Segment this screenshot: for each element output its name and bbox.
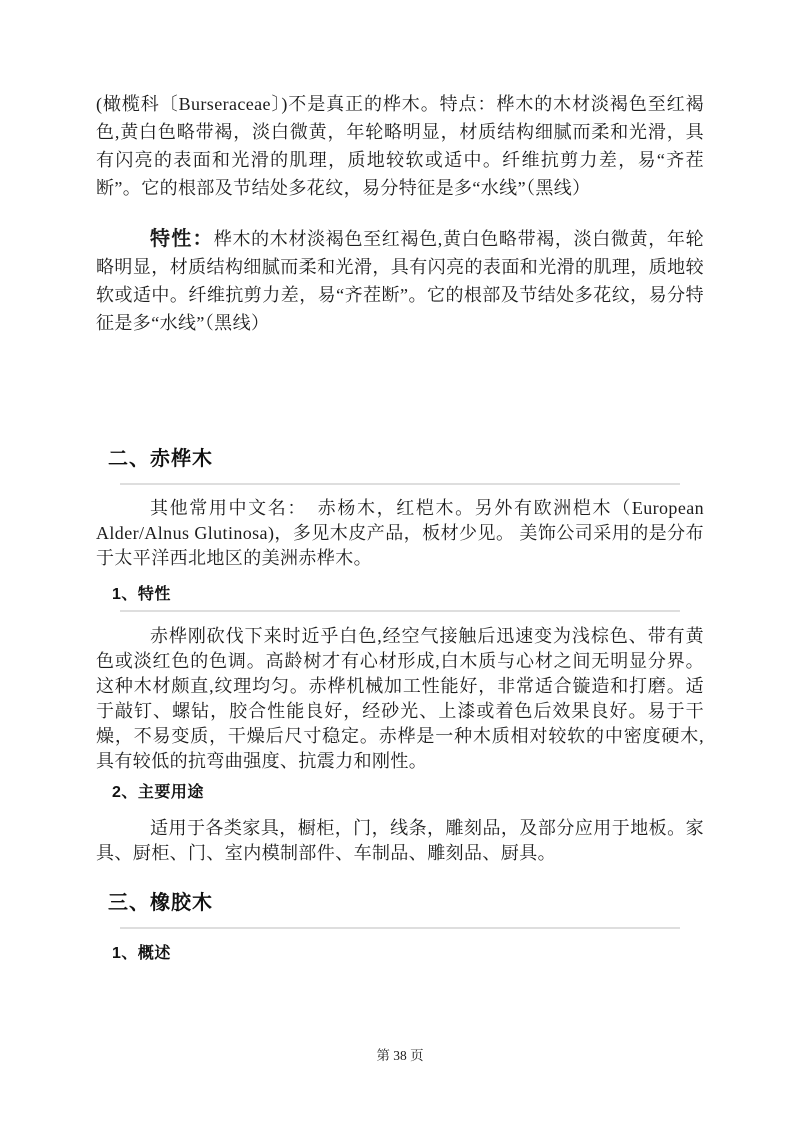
alder-subheading-uses: 2、主要用途 (112, 783, 704, 803)
traits-paragraph: 特性：桦木的木材淡褐色至红褐色,黄白色略带褐，淡白微黄，年轮略明显，材质结构细腻… (96, 225, 704, 337)
rubberwood-subheading-overview: 1、概述 (112, 944, 704, 964)
intro-paragraph: (橄榄科〔Burseraceae〕)不是真正的桦木。特点：桦木的木材淡褐色至红褐… (96, 90, 704, 202)
alder-subheading-traits: 1、特性 (112, 585, 704, 605)
divider-under-alder-title (120, 483, 680, 485)
document-page: (橄榄科〔Burseraceae〕)不是真正的桦木。特点：桦木的木材淡褐色至红褐… (0, 0, 800, 1131)
traits-label: 特性： (150, 228, 214, 250)
divider-under-alder-traits (120, 610, 680, 612)
section-title-alder: 二、赤桦木 (108, 446, 704, 472)
alder-uses-paragraph: 适用于各类家具，橱柜，门，线条，雕刻品，及部分应用于地板。家具、厨柜、门、室内模… (96, 816, 704, 866)
alder-traits-paragraph: 赤桦刚砍伐下来时近乎白色,经空气接触后迅速变为浅棕色、带有黄色或淡红色的色调。高… (96, 624, 704, 774)
alder-intro-paragraph: 其他常用中文名： 赤杨木，红桤木。另外有欧洲桤木（European Alder/… (96, 496, 704, 571)
divider-under-rubberwood-title (120, 927, 680, 929)
page-number-footer: 第 38 页 (96, 1047, 704, 1065)
section-title-rubberwood: 三、橡胶木 (108, 890, 704, 916)
